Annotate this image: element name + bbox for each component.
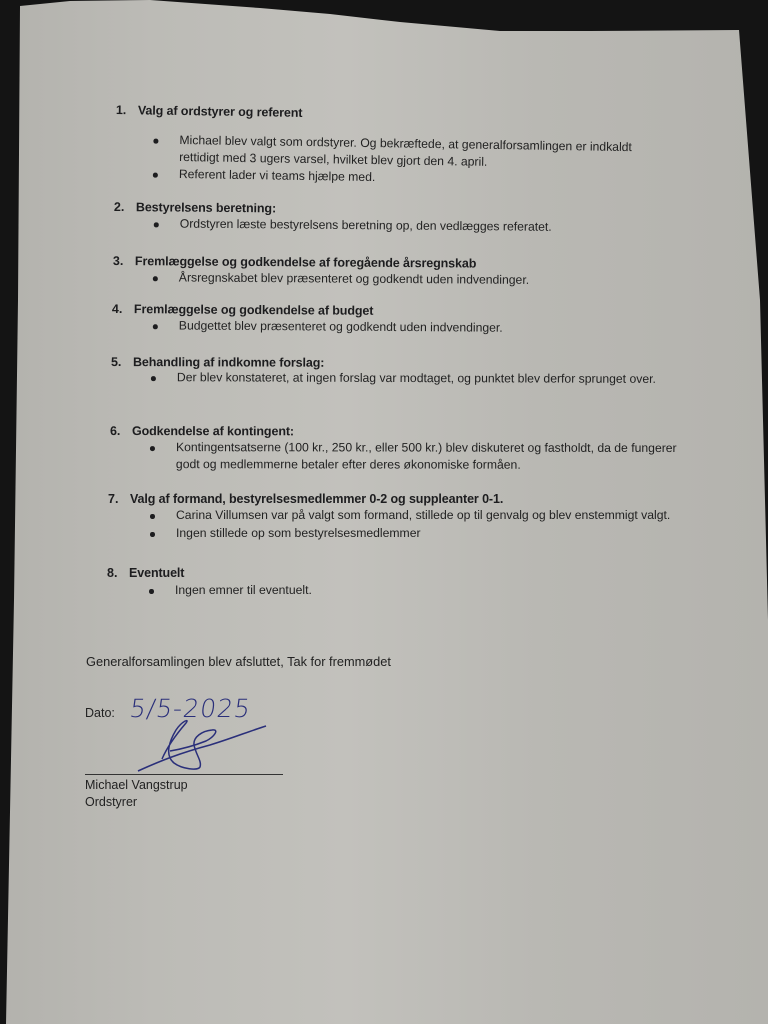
item-title: Valg af ordstyrer og referent xyxy=(138,103,303,120)
signer-name: Michael Vangstrup xyxy=(85,777,188,794)
agenda-item-2: 2.Bestyrelsens beretning: Ordstyren læst… xyxy=(114,200,654,237)
agenda-item-8: 8.Eventuelt Ingen emner til eventuelt. xyxy=(107,566,707,599)
item-title: Valg af formand, bestyrelsesmedlemmer 0-… xyxy=(130,492,503,506)
item-number: 1. xyxy=(116,103,138,117)
item-title: Bestyrelsens beretning: xyxy=(136,200,276,215)
agenda-item-7: 7.Valg af formand, bestyrelsesmedlemmer … xyxy=(108,492,708,542)
bullet-item: Der blev konstateret, at ingen forslag v… xyxy=(151,369,671,388)
bullet-item: Ingen stillede op som bestyrelsesmedlemm… xyxy=(150,525,708,542)
item-title: Behandling af indkomne forslag: xyxy=(133,355,324,370)
agenda-item-4: 4.Fremlæggelse og godkendelse af budget … xyxy=(112,302,672,338)
item-number: 5. xyxy=(111,355,133,369)
item-title: Eventuelt xyxy=(129,566,184,580)
meeting-minutes-document: 1.Valg af ordstyrer og referent Michael … xyxy=(0,0,768,1024)
bullet-item: Årsregnskabet blev præsenteret og godken… xyxy=(153,269,673,290)
item-number: 7. xyxy=(108,492,130,506)
signer-block: Michael Vangstrup Ordstyrer xyxy=(85,777,188,811)
item-number: 3. xyxy=(113,254,135,268)
item-title: Fremlæggelse og godkendelse af budget xyxy=(134,302,373,318)
signature xyxy=(120,715,280,775)
agenda-item-6: 6.Godkendelse af kontingent: Kontingents… xyxy=(110,424,690,474)
date-label: Dato: xyxy=(85,706,115,720)
item-number: 8. xyxy=(107,566,129,580)
signature-line xyxy=(85,774,283,775)
item-number: 2. xyxy=(114,200,136,214)
item-number: 6. xyxy=(110,424,132,438)
item-number: 4. xyxy=(112,302,134,316)
agenda-item-1: 1.Valg af ordstyrer og referent Michael … xyxy=(115,103,656,190)
bullet-item: Carina Villumsen var på valgt som forman… xyxy=(150,507,708,524)
bullet-item: Ordstyren læste bestyrelsens beretning o… xyxy=(154,215,654,236)
agenda-item-5: 5.Behandling af indkomne forslag: Der bl… xyxy=(111,355,686,388)
bullet-item: Kontingentsatserne (100 kr., 250 kr., el… xyxy=(150,439,690,474)
item-title: Godkendelse af kontingent: xyxy=(132,424,294,438)
signer-role: Ordstyrer xyxy=(85,794,188,811)
agenda-item-3: 3.Fremlæggelse og godkendelse af foregåe… xyxy=(113,254,673,290)
closing-remark: Generalforsamlingen blev afsluttet, Tak … xyxy=(86,654,391,669)
item-title: Fremlæggelse og godkendelse af foregåend… xyxy=(135,254,476,270)
bullet-item: Budgettet blev præsenteret og godkendt u… xyxy=(153,317,672,338)
bullet-item: Ingen emner til eventuelt. xyxy=(149,582,707,599)
